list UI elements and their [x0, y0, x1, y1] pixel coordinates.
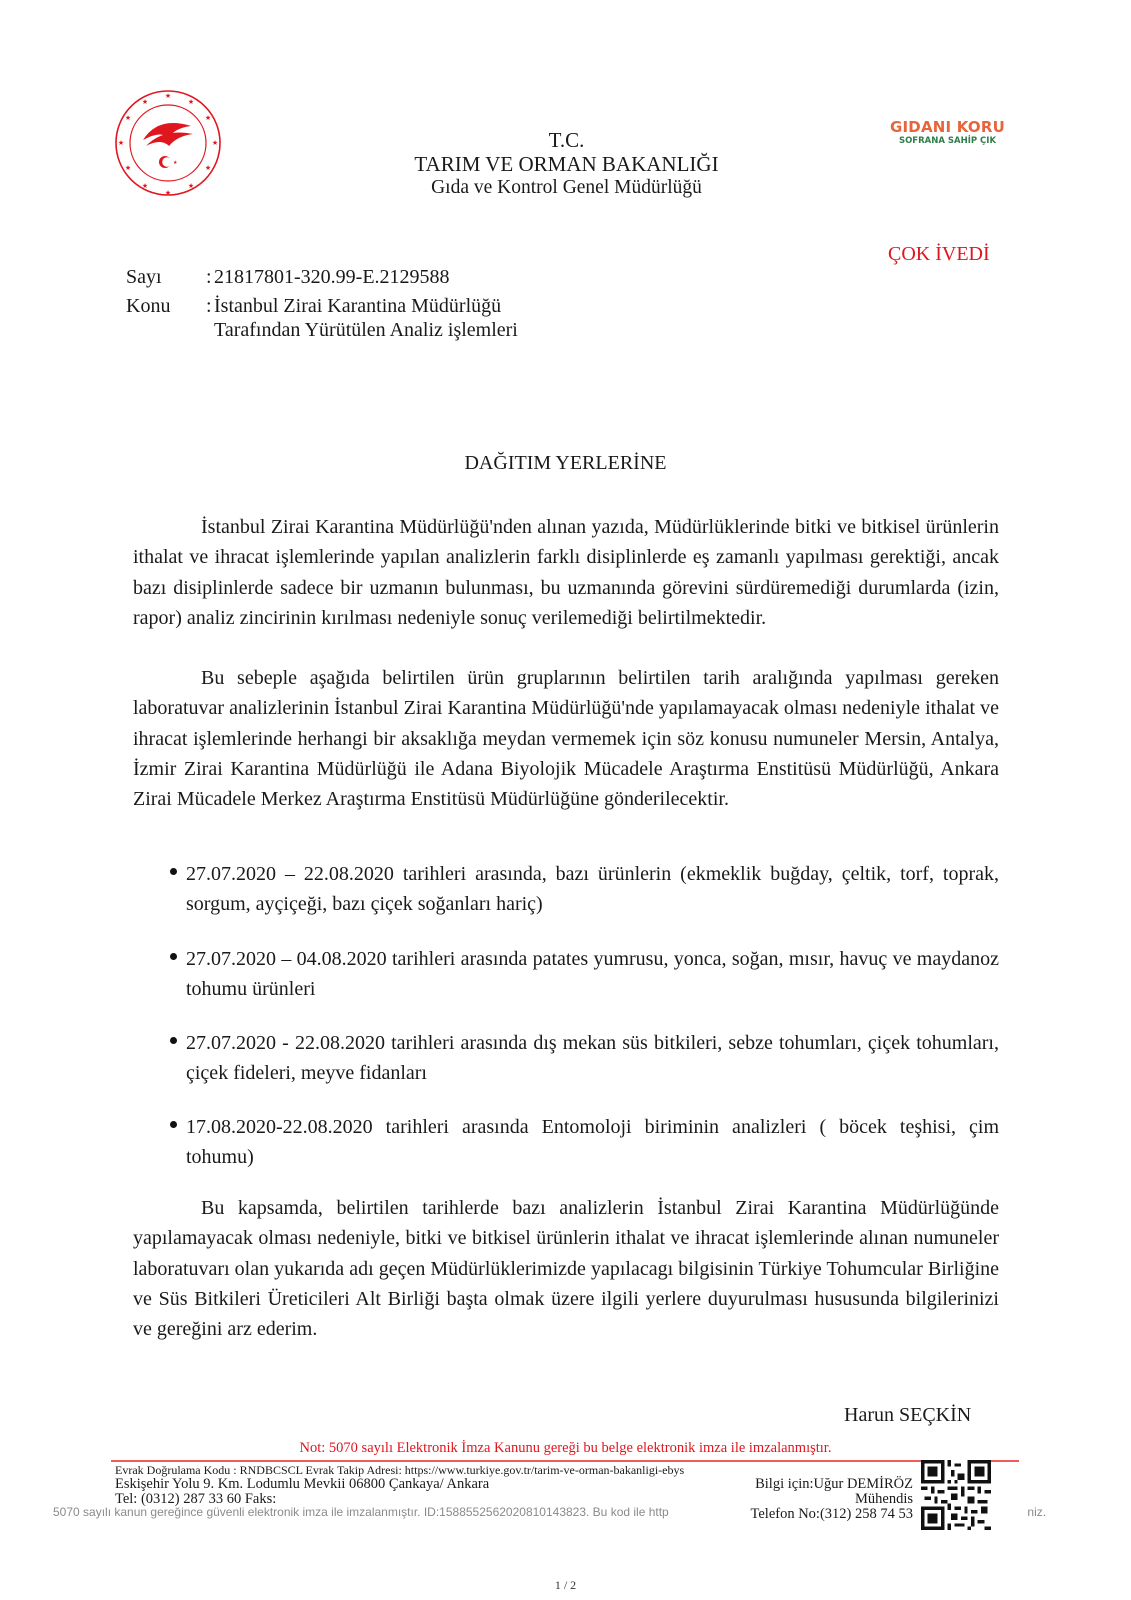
bullet-item: 27.07.2020 – 04.08.2020 tarihleri arasın… [170, 944, 999, 1005]
header-ministry: TARIM VE ORMAN BAKANLIĞI [0, 152, 1131, 176]
bullet-icon [170, 1037, 177, 1044]
footer-divider [111, 1460, 1019, 1462]
document-header: T.C. TARIM VE ORMAN BAKANLIĞI Gıda ve Ko… [0, 128, 1131, 200]
contact-title: Mühendis [751, 1492, 913, 1507]
body-paragraph-2: Bu sebeple aşağıda belirtilen ürün grupl… [133, 663, 999, 814]
e-signature-note: Not: 5070 sayılı Elektronik İmza Kanunu … [0, 1440, 1131, 1457]
qr-code-icon[interactable] [921, 1460, 991, 1530]
bullet-item: 17.08.2020-22.08.2020 tarihleri arasında… [170, 1112, 999, 1173]
konu-row: Konu : İstanbul Zirai Karantina Müdürlüğ… [126, 294, 554, 342]
address-line: Eskişehir Yolu 9. Km. Lodumlu Mevkii 068… [115, 1477, 489, 1492]
bullet-item: 27.07.2020 - 22.08.2020 tarihleri arasın… [170, 1028, 999, 1089]
svg-text:★: ★ [125, 114, 131, 122]
konu-separator: : [206, 294, 214, 342]
body-paragraph-3: Bu kapsamda, belirtilen tarihlerde bazı … [133, 1193, 999, 1344]
sayi-separator: : [206, 265, 214, 289]
bullet-icon [170, 1121, 177, 1128]
header-tc: T.C. [0, 128, 1131, 152]
signatory-name: Harun SEÇKİN [844, 1404, 971, 1427]
sayi-row: Sayı : 21817801-320.99-E.2129588 [126, 265, 554, 289]
header-directorate: Gıda ve Kontrol Genel Müdürlüğü [0, 176, 1131, 200]
watermark-tail: niz. [1027, 1505, 1046, 1519]
bullet-text: 27.07.2020 – 04.08.2020 tarihleri arasın… [186, 944, 999, 1005]
svg-text:★: ★ [188, 98, 194, 106]
bullet-text: 27.07.2020 - 22.08.2020 tarihleri arasın… [186, 1028, 999, 1089]
svg-text:★: ★ [205, 114, 211, 122]
document-meta: Sayı : 21817801-320.99-E.2129588 Konu : … [126, 265, 554, 342]
contact-person: Bilgi için:Uğur DEMİRÖZ [751, 1477, 913, 1492]
urgency-label: ÇOK İVEDİ [888, 243, 990, 266]
konu-label: Konu [126, 294, 206, 342]
konu-value: İstanbul Zirai Karantina Müdürlüğü Taraf… [214, 294, 544, 342]
svg-text:★: ★ [142, 98, 148, 106]
contact-info: Bilgi için:Uğur DEMİRÖZ Mühendis Telefon… [751, 1477, 913, 1522]
watermark-text: 5070 sayılı kanun gereğince güvenli elek… [53, 1505, 669, 1519]
footer-address: Eskişehir Yolu 9. Km. Lodumlu Mevkii 068… [115, 1477, 489, 1507]
bullet-text: 17.08.2020-22.08.2020 tarihleri arasında… [186, 1112, 999, 1173]
body-paragraph-1: İstanbul Zirai Karantina Müdürlüğü'nden … [133, 512, 999, 633]
bullet-item: 27.07.2020 – 22.08.2020 tarihleri arasın… [170, 859, 999, 920]
sayi-value: 21817801-320.99-E.2129588 [214, 265, 554, 289]
bullet-text: 27.07.2020 – 22.08.2020 tarihleri arasın… [186, 859, 999, 920]
bullet-icon [170, 868, 177, 875]
sayi-label: Sayı [126, 265, 206, 289]
addressee: DAĞITIM YERLERİNE [0, 452, 1131, 475]
bullet-icon [170, 953, 177, 960]
contact-phone: Telefon No:(312) 258 74 53 [751, 1507, 913, 1522]
svg-text:★: ★ [165, 92, 171, 100]
phone-fax-line: Tel: (0312) 287 33 60 Faks: [115, 1492, 489, 1507]
page-number: 1 / 2 [0, 1578, 1131, 1593]
